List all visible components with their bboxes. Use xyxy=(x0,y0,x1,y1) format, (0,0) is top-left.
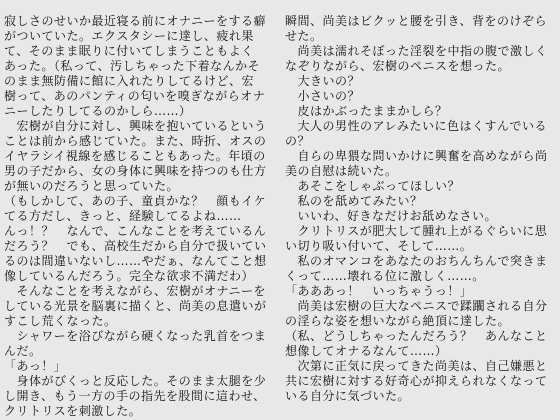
text-line: シャワーを浴びながら硬くなった乳首をつま xyxy=(4,329,268,344)
text-line: 樹って、あのパンティの匂いを嗅ぎながらオナ xyxy=(4,89,268,104)
text-line: すこし荒くなった。 xyxy=(4,314,268,329)
text-line: クリトリスが肥大して腫れ上がるぐらいに思 xyxy=(285,224,549,239)
text-line: 大人の男性のアレみたいに色はくすんでいる xyxy=(285,119,549,134)
text-line: 自らの卑猥な問いかけに興奮を高めながら尚 xyxy=(285,149,549,164)
text-line: そんなことを考えながら、宏樹がオナニーを xyxy=(4,284,268,299)
text-line: いいわ、好きなだけお舐めなさい。 xyxy=(285,209,549,224)
text-line: 瞬間、尚美はビクッと腰を引き、背をのけぞら xyxy=(285,14,549,29)
text-line: の？ xyxy=(285,134,549,149)
text-line: 尚美は宏樹の巨大なペニスで蹂躙される自分 xyxy=(285,299,549,314)
text-line: が無いのだろうと思っていた。 xyxy=(4,179,268,194)
text-line: て、そのまま眠りに付いてしまうこともよく xyxy=(4,44,268,59)
text-line: だろう？ でも、高校生だから自分で扱いてい xyxy=(4,239,268,254)
text-line: あった。（私って、汚しちゃった下着なんかそ xyxy=(4,59,268,74)
novel-text-page: 寂しさのせいか最近寝る前にオナニーをする癖がついていた。エクスタシーに達し、疲れ… xyxy=(0,0,560,420)
text-line: ことは前から感じていた。また、時折、オスの xyxy=(4,134,268,149)
text-line: イヤラシイ視線を感じることもあった。年頃の xyxy=(4,149,268,164)
text-line: 皮はかぶったままかしら？ xyxy=(285,104,549,119)
text-line: 像しているんだろう。完全な欲求不満だわ） xyxy=(4,269,268,284)
text-line: 共に宏樹に対する好奇心が抑えられなくなって xyxy=(285,374,549,389)
text-line: 寂しさのせいか最近寝る前にオナニーをする癖 xyxy=(4,14,268,29)
text-line: の淫らな姿を想いながら絶頂に達した。 xyxy=(285,314,549,329)
text-line: 宏樹が自分に対し、興味を抱いているという xyxy=(4,119,268,134)
text-line: 大きいの？ xyxy=(285,74,549,89)
text-line: している光景を脳裏に描くと、尚美の息遣いが xyxy=(4,299,268,314)
text-line: てる方だし、きっと、経験してるよね…… xyxy=(4,209,268,224)
text-line: 小さいの？ xyxy=(285,89,549,104)
text-line: あそこをしゃぶってほしい？ xyxy=(285,179,549,194)
text-line: いる自分に気づいた。 xyxy=(285,389,549,404)
text-line: なぞりながら、宏樹のペニスを想った。 xyxy=(285,59,549,74)
text-line: 私のオマンコをあなたのおちんちんで突きま xyxy=(285,254,549,269)
text-line: 美の自慰は続いた。 xyxy=(285,164,549,179)
text-line: （もしかして、あの子、童貞かな？ 顔もイケ xyxy=(4,194,268,209)
text-line: がついていた。エクスタシーに達し、疲れ果 xyxy=(4,29,268,44)
text-line: 私のを舐めてみたい？ xyxy=(285,194,549,209)
text-line: 男の子だから、女の身体に興味を持つのも仕方 xyxy=(4,164,268,179)
text-line: んだ。 xyxy=(4,344,268,359)
text-line: ニーしたりしてるのかしら……） xyxy=(4,104,268,119)
text-line: せた。 xyxy=(285,29,549,44)
text-line: のまま無防備に館に入れたりしてるけど、宏 xyxy=(4,74,268,89)
text-line: 次第に正気に戻ってきた尚美は、自己嫌悪と xyxy=(285,359,549,374)
text-line: 身体がびくっと反応した。そのまま太腿を少 xyxy=(4,374,268,389)
text-line: い切り吸い付いて、そして……。 xyxy=(285,239,549,254)
text-column-left: 寂しさのせいか最近寝る前にオナニーをする癖がついていた。エクスタシーに達し、疲れ… xyxy=(4,14,268,420)
text-line: 「あああっ！ いっちゃうっ！」 xyxy=(285,284,549,299)
text-line: んっ！？ なんで、こんなことを考えているん xyxy=(4,224,268,239)
text-column-right: 瞬間、尚美はビクッと腰を引き、背をのけぞらせた。 尚美は濡れそぼった淫裂を中指の… xyxy=(285,14,549,420)
text-line: （私、どうしちゃったんだろう？ あんなこと xyxy=(285,329,549,344)
text-line: 想像してオナるなんて……） xyxy=(285,344,549,359)
text-line: 尚美は濡れそぼった淫裂を中指の腹で激しく xyxy=(285,44,549,59)
text-line: クリトリスを刺激した。 xyxy=(4,404,268,419)
text-line: くって……壊れる位に激しく……。 xyxy=(285,269,549,284)
text-line: るのは間違いないし……やだぁ、なんてこと想 xyxy=(4,254,268,269)
text-line: 「あっ！」 xyxy=(4,359,268,374)
text-line: し開き、もう一方の手の指先を股間に這わせ、 xyxy=(4,389,268,404)
